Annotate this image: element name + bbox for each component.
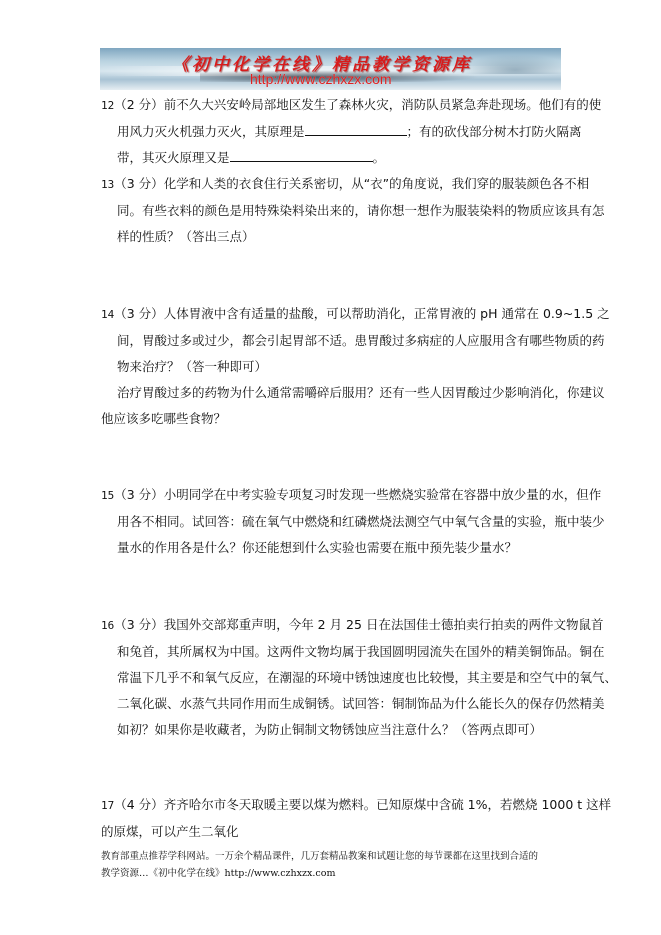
header-banner: 《初中化学在线》精品教学资源库 http://www.czhxzx.com — [100, 48, 561, 90]
question-score: （4 分） — [114, 797, 163, 812]
question-score: （3 分） — [114, 306, 163, 321]
question-17: 17（4 分）齐齐哈尔市冬天取暖主要以煤为燃料。已知原煤中含硫 1%，若燃烧 1… — [101, 792, 561, 845]
question-line: 和兔首，其所属权为中国。这两件文物均属于我国圆明园流失在国外的精美铜饰品。铜在 — [101, 639, 561, 665]
question-line: 带，其灭火原理又是。 — [101, 145, 561, 171]
question-line: 间，胃酸过多或过少，都会引起胃部不适。患胃酸过多病症的人应服用含有哪些物质的药 — [101, 328, 561, 354]
footer-line-1: 教育部重点推荐学科网站。一万余个精品课件，几万套精品教案和试题让您的每节课都在这… — [101, 848, 561, 865]
question-line: 用各不相同。试回答：硫在氧气中燃烧和红磷燃烧法测空气中氧气含量的实验，瓶中装少 — [101, 509, 561, 535]
question-14: 14（3 分）人体胃液中含有适量的盐酸，可以帮助消化，正常胃液的 pH 通常在 … — [101, 301, 561, 432]
question-12: 12（2 分）前不久大兴安岭局部地区发生了森林火灾，消防队员紧急奔赴现场。他们有… — [101, 92, 561, 171]
banner-url[interactable]: http://www.czhxzx.com — [250, 71, 392, 87]
question-15: 15（3 分）小明同学在中考实验专项复习时发现一些燃烧实验常在容器中放少量的水，… — [101, 482, 561, 561]
question-line: 12（2 分）前不久大兴安岭局部地区发生了森林火灾，消防队员紧急奔赴现场。他们有… — [101, 92, 561, 119]
question-16: 16（3 分）我国外交部郑重声明，今年 2 月 25 日在法国佳士德拍卖行拍卖的… — [101, 612, 561, 743]
answer-blank[interactable] — [305, 121, 407, 136]
question-line: 15（3 分）小明同学在中考实验专项复习时发现一些燃烧实验常在容器中放少量的水，… — [101, 482, 561, 509]
question-line: 物来治疗？（答一种即可） — [101, 354, 561, 380]
question-line: 样的性质？（答出三点） — [101, 224, 561, 250]
question-line: 16（3 分）我国外交部郑重声明，今年 2 月 25 日在法国佳士德拍卖行拍卖的… — [101, 612, 561, 639]
question-number: 12 — [101, 99, 114, 112]
question-line: 他应该多吃哪些食物？ — [101, 406, 561, 432]
question-score: （3 分） — [114, 176, 163, 191]
footer-line-2[interactable]: 教学资源…《初中化学在线》http://www.czhxzx.com — [101, 865, 561, 882]
question-13: 13（3 分）化学和人类的衣食住行关系密切，从“衣”的角度说，我们穿的服装颜色各… — [101, 171, 561, 250]
question-line: 17（4 分）齐齐哈尔市冬天取暖主要以煤为燃料。已知原煤中含硫 1%，若燃烧 1… — [101, 792, 561, 819]
question-line: 量水的作用各是什么？你还能想到什么实验也需要在瓶中预先装少量水？ — [101, 535, 561, 561]
question-line: 的原煤，可以产生二氧化 — [101, 819, 561, 845]
question-line: 如初？如果你是收藏者，为防止铜制文物锈蚀应当注意什么？（答两点即可） — [101, 717, 561, 743]
question-line: 14（3 分）人体胃液中含有适量的盐酸，可以帮助消化，正常胃液的 pH 通常在 … — [101, 301, 561, 328]
question-score: （3 分） — [114, 617, 163, 632]
question-number: 13 — [101, 178, 114, 191]
question-line: 常温下几乎不和氧气反应，在潮湿的环境中锈蚀速度也比较慢，其主要是和空气中的氧气、 — [101, 665, 561, 691]
page-footer: 教育部重点推荐学科网站。一万余个精品课件，几万套精品教案和试题让您的每节课都在这… — [101, 848, 561, 882]
question-line: 同。有些衣料的颜色是用特殊染料染出来的，请你想一想作为服装染料的物质应该具有怎 — [101, 198, 561, 224]
question-line: 13（3 分）化学和人类的衣食住行关系密切，从“衣”的角度说，我们穿的服装颜色各… — [101, 171, 561, 198]
question-score: （3 分） — [114, 487, 163, 502]
question-line: 治疗胃酸过多的药物为什么通常需嚼碎后服用？还有一些人因胃酸过少影响消化，你建议 — [101, 380, 561, 406]
question-line: 二氧化碳、水蒸气共同作用而生成铜锈。试回答：铜制饰品为什么能长久的保存仍然精美 — [101, 691, 561, 717]
answer-blank[interactable] — [230, 147, 373, 162]
question-number: 17 — [101, 799, 114, 812]
question-score: （2 分） — [114, 97, 163, 112]
question-line: 用风力灭火机强力灭火，其原理是；有的砍伐部分树木打防火隔离 — [101, 119, 561, 145]
question-number: 16 — [101, 619, 114, 632]
question-number: 15 — [101, 489, 114, 502]
question-number: 14 — [101, 308, 114, 321]
